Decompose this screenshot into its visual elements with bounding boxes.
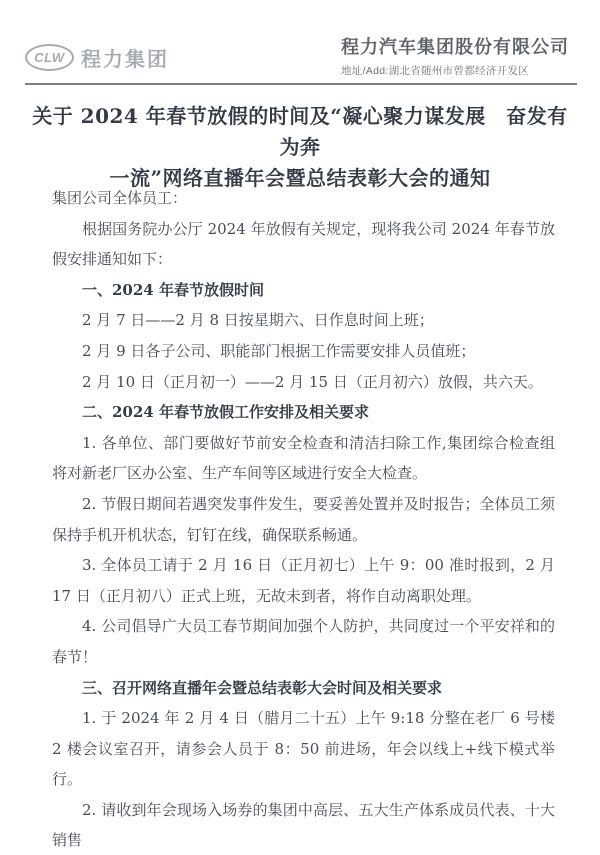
section-3-item-2-truncated: 2. 请收到年会现场入场券的集团中高层、五大生产体系成员代表、十大销售 [52,795,555,855]
document-body: 集团公司全体员工： 根据国务院办公厅 2024 年放假有关规定，现将我公司 20… [52,183,555,855]
section-2-item-4: 4. 公司倡导广大员工春节期间加强个人防护，共同度过一个平安祥和的春节！ [52,611,555,672]
document-page: CLW 程力集团 程力汽车集团股份有限公司 地址/Add:湖北省随州市曾都经济开… [0,0,600,855]
clw-oval-logo-icon: CLW [25,44,74,71]
section-1-heading: 一、2024 年春节放假时间 [52,275,555,306]
section-1-item-3: 2 月 10 日（正月初一）——2 月 15 日（正月初六）放假，共六天。 [52,367,555,398]
letterhead-right: 程力汽车集团股份有限公司 地址/Add:湖北省随州市曾都经济开发区 [341,33,577,78]
section-1-item-2: 2 月 9 日各子公司、职能部门根据工作需要安排人员值班； [52,336,555,367]
section-2-item-1: 1. 各单位、部门要做好节前安全检查和清洁扫除工作,集团综合检查组将对新老厂区办… [52,428,555,489]
document-title: 关于 2024 年春节放假的时间及“凝心聚力谋发展 奋发有为奔 一流”网络直播年… [30,101,570,194]
section-3-heading: 三、召开网络直播年会暨总结表彰大会时间及相关要求 [52,673,555,704]
section-2-item-2: 2. 节假日期间若遇突发事件发生，要妥善处置并及时报告；全体员工须保持手机开机状… [52,489,555,550]
company-name: 程力汽车集团股份有限公司 [341,33,569,59]
salutation: 集团公司全体员工： [52,183,555,214]
document-title-line-1: 关于 2024 年春节放假的时间及“凝心聚力谋发展 奋发有为奔 [30,101,570,163]
logo-company-short-name: 程力集团 [81,43,169,72]
company-logo: CLW 程力集团 [25,43,169,78]
intro-paragraph: 根据国务院办公厅 2024 年放假有关规定，现将我公司 2024 年春节放假安排… [52,214,555,275]
letterhead: CLW 程力集团 程力汽车集团股份有限公司 地址/Add:湖北省随州市曾都经济开… [25,33,577,85]
section-2-heading: 二、2024 年春节放假工作安排及相关要求 [52,397,555,428]
section-1-item-1: 2 月 7 日——2 月 8 日按星期六、日作息时间上班； [52,305,555,336]
section-3-item-1: 1. 于 2024 年 2 月 4 日（腊月二十五）上午 9:18 分整在老厂 … [52,703,555,795]
section-2-item-3: 3. 全体员工请于 2 月 16 日（正月初七）上午 9：00 准时报到，2 月… [52,550,555,611]
company-address: 地址/Add:湖北省随州市曾都经济开发区 [341,63,569,78]
